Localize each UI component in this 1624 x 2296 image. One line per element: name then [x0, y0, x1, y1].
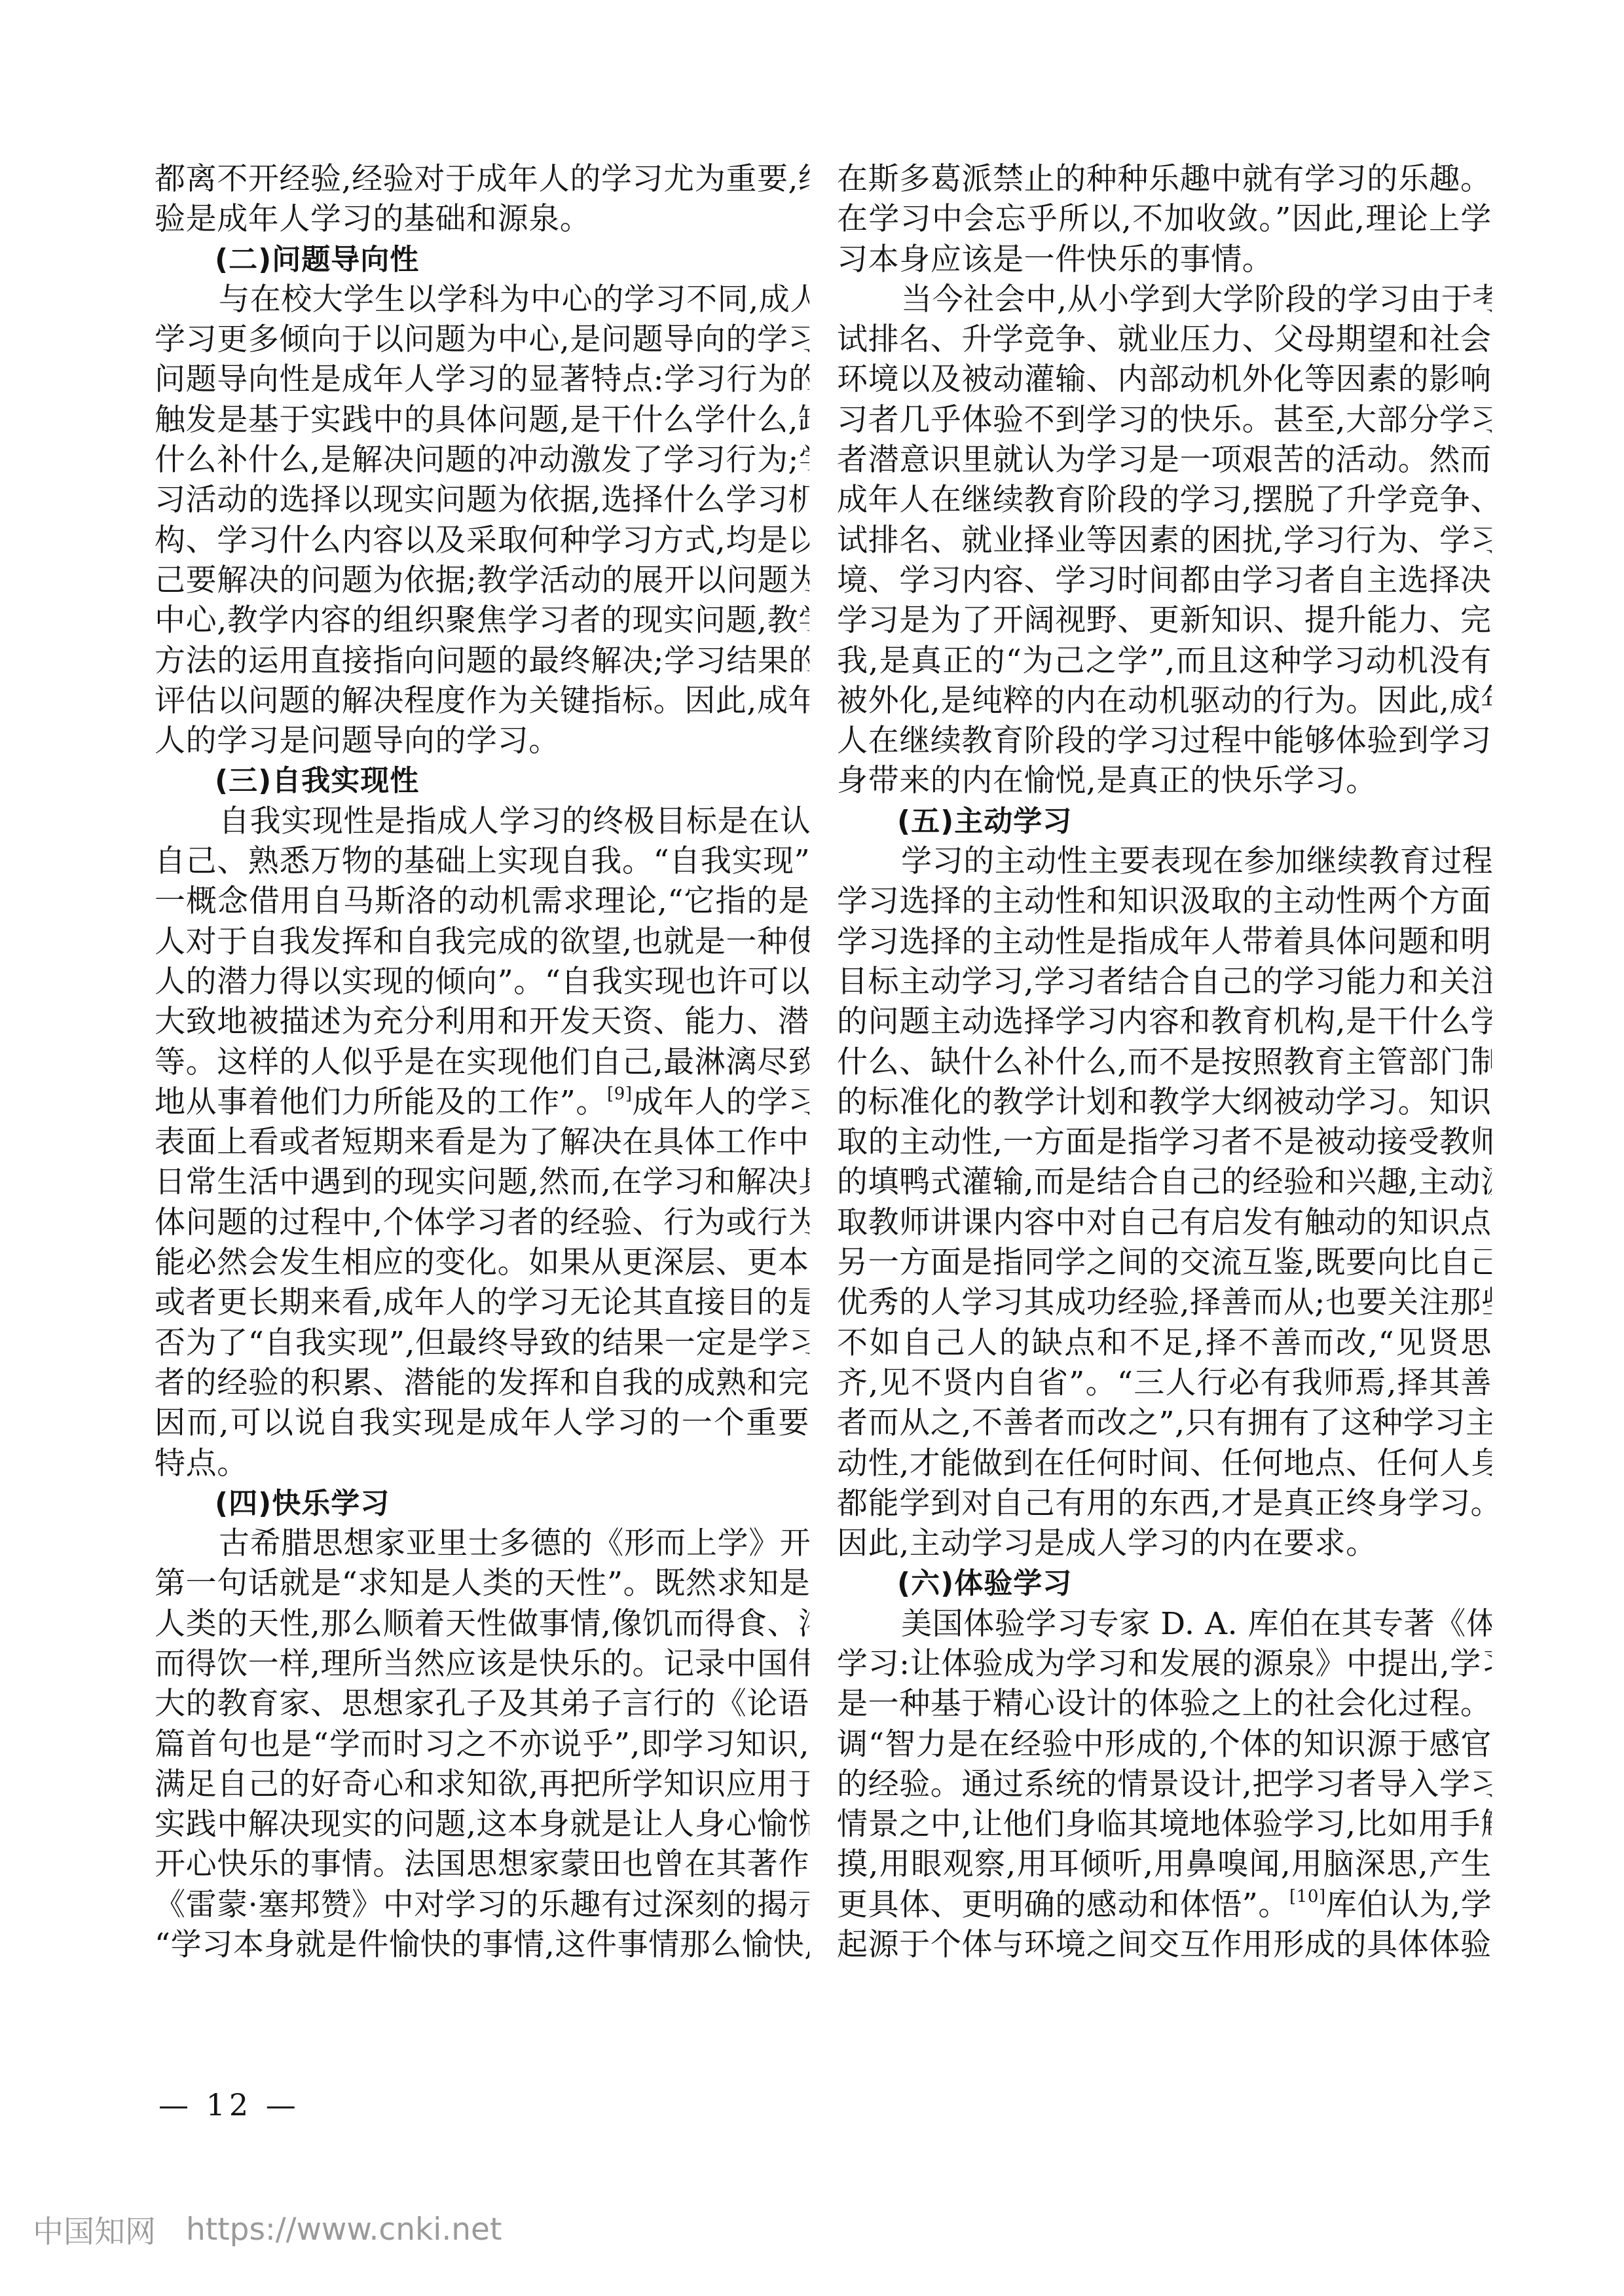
body-line: 在斯多葛派禁止的种种乐趣中就有学习的乐趣。人: [837, 159, 1492, 199]
body-line: 身带来的内在愉悦,是真正的快乐学习。: [837, 761, 1492, 801]
left-column: 都离不开经验,经验对于成年人的学习尤为重要,经验是成年人学习的基础和源泉。(二)…: [155, 159, 809, 1965]
citation-reference[interactable]: [10]: [1289, 1887, 1326, 1906]
body-line: 触发是基于实践中的具体问题,是干什么学什么,缺: [155, 400, 809, 440]
body-line: 目标主动学习,学习者结合自己的学习能力和关注: [837, 962, 1492, 1002]
body-line: 习本身应该是一件快乐的事情。: [837, 240, 1492, 280]
body-line: 当今社会中,从小学到大学阶段的学习由于考: [837, 280, 1492, 319]
body-line: 在学习中会忘乎所以,不加收敛。”因此,理论上学: [837, 199, 1492, 239]
section-heading: (六)体验学习: [837, 1563, 1492, 1603]
body-line: 己要解决的问题为依据;教学活动的展开以问题为: [155, 560, 809, 600]
body-line: 什么补什么,是解决问题的冲动激发了学习行为;学: [155, 440, 809, 480]
body-line: 中心,教学内容的组织聚焦学习者的现实问题,教学: [155, 600, 809, 640]
body-line: 调“智力是在经验中形成的,个体的知识源于感官: [837, 1724, 1492, 1764]
body-line: 能必然会发生相应的变化。如果从更深层、更本质: [155, 1243, 809, 1283]
body-line: 满足自己的好奇心和求知欲,再把所学知识应用于: [155, 1764, 809, 1804]
body-line: 学习选择的主动性是指成年人带着具体问题和明确: [837, 922, 1492, 962]
body-line: 而得饮一样,理所当然应该是快乐的。记录中国伟: [155, 1644, 809, 1684]
body-line: 的经验。通过系统的情景设计,把学习者导入学习: [837, 1764, 1492, 1804]
body-line: 动性,才能做到在任何时间、任何地点、任何人身上: [837, 1444, 1492, 1484]
body-line: 者的经验的积累、潜能的发挥和自我的成熟和完善,: [155, 1363, 809, 1403]
body-line: 《雷蒙·塞邦赞》中对学习的乐趣有过深刻的揭示:: [155, 1885, 809, 1925]
body-line: 学习更多倾向于以问题为中心,是问题导向的学习。: [155, 319, 809, 359]
watermark-url[interactable]: https://www.cnki.net: [186, 2212, 502, 2248]
body-line: 优秀的人学习其成功经验,择善而从;也要关注那些: [837, 1283, 1492, 1322]
body-line: 或者更长期来看,成年人的学习无论其直接目的是: [155, 1283, 809, 1322]
body-line: 方法的运用直接指向问题的最终解决;学习结果的: [155, 641, 809, 681]
citation-reference[interactable]: [9]: [607, 1084, 633, 1104]
body-line: 不如自己人的缺点和不足,择不善而改,“见贤思: [837, 1323, 1492, 1363]
text-fragment: 库伯认为,学习: [1326, 1887, 1492, 1923]
body-line: 境、学习内容、学习时间都由学习者自主选择决定。: [837, 560, 1492, 600]
body-line: 人对于自我发挥和自我完成的欲望,也就是一种使: [155, 922, 809, 962]
body-line: 的填鸭式灌输,而是结合自己的经验和兴趣,主动汲: [837, 1162, 1492, 1202]
body-line: 实践中解决现实的问题,这本身就是让人身心愉悦、: [155, 1804, 809, 1844]
body-line: 试排名、就业择业等因素的困扰,学习行为、学习环: [837, 520, 1492, 560]
body-line-with-citation: 地从事着他们力所能及的工作”。[9]成年人的学习: [155, 1082, 809, 1122]
section-heading: (四)快乐学习: [155, 1484, 809, 1523]
text-fragment: 地从事着他们力所能及的工作”。: [155, 1084, 607, 1120]
body-line: 我,是真正的“为己之学”,而且这种学习动机没有: [837, 641, 1492, 681]
body-line: 大的教育家、思想家孔子及其弟子言行的《论语》开: [155, 1684, 809, 1724]
body-line: 第一句话就是“求知是人类的天性”。既然求知是: [155, 1563, 809, 1603]
body-line: 评估以问题的解决程度作为关键指标。因此,成年: [155, 681, 809, 721]
body-line: 环境以及被动灌输、内部动机外化等因素的影响,学: [837, 359, 1492, 399]
body-line-with-citation: 更具体、更明确的感动和体悟”。[10]库伯认为,学习: [837, 1885, 1492, 1925]
body-line: 齐,见不贤内自省”。“三人行必有我师焉,择其善: [837, 1363, 1492, 1403]
body-line: 都离不开经验,经验对于成年人的学习尤为重要,经: [155, 159, 809, 199]
body-line: “学习本身就是件愉快的事情,这件事情那么愉快,: [155, 1925, 809, 1965]
body-line: 等。这样的人似乎是在实现他们自己,最淋漓尽致: [155, 1042, 809, 1082]
section-heading: (五)主动学习: [837, 801, 1492, 841]
body-line: 美国体验学习专家 D. A. 库伯在其专著《体验: [837, 1604, 1492, 1644]
section-heading: (三)自我实现性: [155, 761, 809, 801]
body-line: 篇首句也是“学而时习之不亦说乎”,即学习知识,: [155, 1724, 809, 1764]
text-fragment: 成年人的学习: [633, 1084, 809, 1120]
body-line: 取的主动性,一方面是指学习者不是被动接受教师: [837, 1122, 1492, 1162]
body-line: 摸,用眼观察,用耳倾听,用鼻嗅闻,用脑深思,产生: [837, 1844, 1492, 1884]
body-line: 特点。: [155, 1444, 809, 1484]
body-line: 什么、缺什么补什么,而不是按照教育主管部门制定: [837, 1042, 1492, 1082]
cnki-watermark: 中国知网 https://www.cnki.net: [33, 2208, 502, 2251]
body-line: 成年人在继续教育阶段的学习,摆脱了升学竞争、考: [837, 480, 1492, 520]
body-line: 人类的天性,那么顺着天性做事情,像饥而得食、渴: [155, 1604, 809, 1644]
text-fragment: 更具体、更明确的感动和体悟”。: [837, 1887, 1289, 1923]
body-line: 的标准化的教学计划和教学大纲被动学习。知识汲: [837, 1082, 1492, 1122]
body-line: 学习的主动性主要表现在参加继续教育过程中: [837, 841, 1492, 881]
body-line: 情景之中,让他们身临其境地体验学习,比如用手触: [837, 1804, 1492, 1844]
body-line: 验是成年人学习的基础和源泉。: [155, 199, 809, 239]
body-line: 问题导向性是成年人学习的显著特点:学习行为的: [155, 359, 809, 399]
body-line: 构、学习什么内容以及采取何种学习方式,均是以自: [155, 520, 809, 560]
body-line: 大致地被描述为充分利用和开发天资、能力、潜能: [155, 1002, 809, 1042]
body-line: 学习选择的主动性和知识汲取的主动性两个方面。: [837, 881, 1492, 921]
body-line: 古希腊思想家亚里士多德的《形而上学》开篇: [155, 1523, 809, 1563]
right-column: 在斯多葛派禁止的种种乐趣中就有学习的乐趣。人在学习中会忘乎所以,不加收敛。”因此…: [837, 159, 1492, 1965]
body-line: 否为了“自我实现”,但最终导致的结果一定是学习: [155, 1323, 809, 1363]
body-line: 者而从之,不善者而改之”,只有拥有了这种学习主: [837, 1403, 1492, 1443]
body-line: 被外化,是纯粹的内在动机驱动的行为。因此,成年: [837, 681, 1492, 721]
body-line: 学习:让体验成为学习和发展的源泉》中提出,学习: [837, 1644, 1492, 1684]
body-line: 的问题主动选择学习内容和教育机构,是干什么学: [837, 1002, 1492, 1042]
body-line: 取教师讲课内容中对自己有启发有触动的知识点;: [837, 1203, 1492, 1243]
body-line: 试排名、升学竞争、就业压力、父母期望和社会文化: [837, 319, 1492, 359]
page-number: — 12 —: [158, 2087, 300, 2123]
body-line: 自己、熟悉万物的基础上实现自我。“自我实现”这: [155, 841, 809, 881]
body-line: 另一方面是指同学之间的交流互鉴,既要向比自己: [837, 1243, 1492, 1283]
body-line: 人在继续教育阶段的学习过程中能够体验到学习本: [837, 721, 1492, 761]
body-line: 自我实现性是指成人学习的终极目标是在认识: [155, 801, 809, 841]
body-line: 开心快乐的事情。法国思想家蒙田也曾在其著作: [155, 1844, 809, 1884]
body-line: 人的潜力得以实现的倾向”。“自我实现也许可以: [155, 962, 809, 1002]
body-line: 表面上看或者短期来看是为了解决在具体工作中和: [155, 1122, 809, 1162]
body-line: 习活动的选择以现实问题为依据,选择什么学习机: [155, 480, 809, 520]
body-line: 因此,主动学习是成人学习的内在要求。: [837, 1523, 1492, 1563]
body-line: 与在校大学生以学科为中心的学习不同,成人: [155, 280, 809, 319]
body-line: 是一种基于精心设计的体验之上的社会化过程。强: [837, 1684, 1492, 1724]
body-line: 起源于个体与环境之间交互作用形成的具体体验,: [837, 1925, 1492, 1965]
body-line: 都能学到对自己有用的东西,才是真正终身学习。: [837, 1484, 1492, 1523]
watermark-brand: 中国知网: [33, 2208, 156, 2251]
body-line: 日常生活中遇到的现实问题,然而,在学习和解决具: [155, 1162, 809, 1202]
body-line: 一概念借用自马斯洛的动机需求理论,“它指的是: [155, 881, 809, 921]
body-line: 因而,可以说自我实现是成年人学习的一个重要: [155, 1403, 809, 1443]
body-line: 者潜意识里就认为学习是一项艰苦的活动。然而,: [837, 440, 1492, 480]
body-line: 人的学习是问题导向的学习。: [155, 721, 809, 761]
section-heading: (二)问题导向性: [155, 240, 809, 280]
body-line: 学习是为了开阔视野、更新知识、提升能力、完善自: [837, 600, 1492, 640]
body-line: 习者几乎体验不到学习的快乐。甚至,大部分学习: [837, 400, 1492, 440]
body-line: 体问题的过程中,个体学习者的经验、行为或行为潜: [155, 1203, 809, 1243]
